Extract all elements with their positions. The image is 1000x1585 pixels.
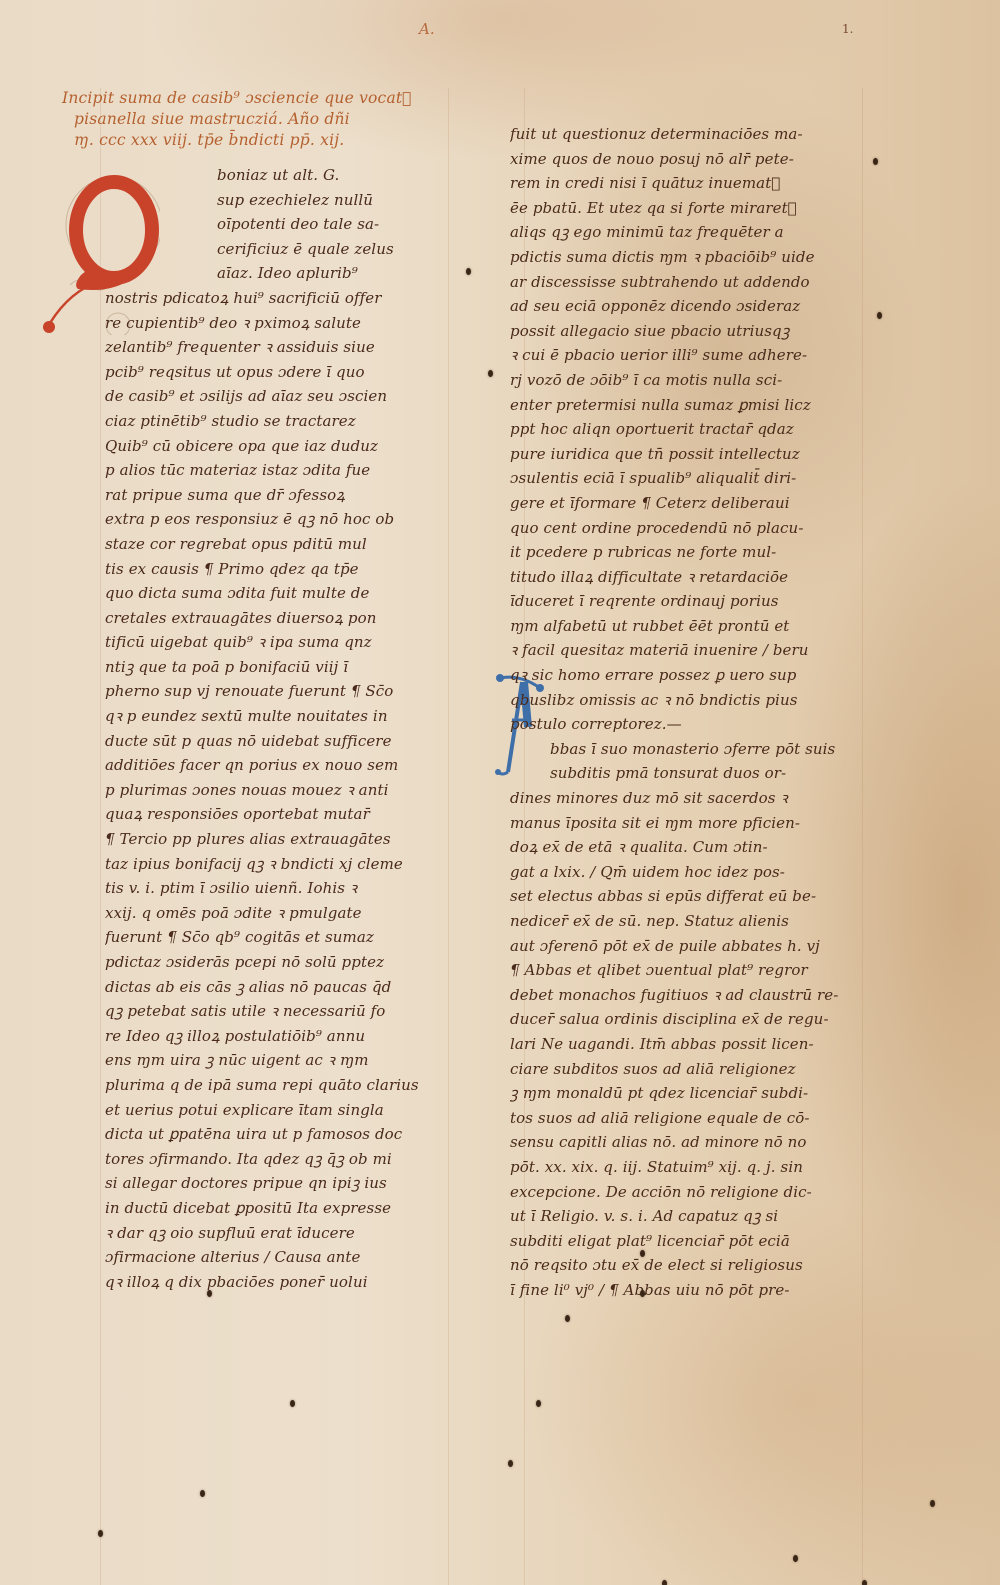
wormhole (466, 268, 471, 275)
text-line: pdictaz ɔsiderās pcepi nō solū pptez (105, 950, 465, 975)
text-line: pherno sup vj renouate fuerunt ¶ Sc̄o (105, 679, 465, 704)
text-line: p plurimas ɔones nouas mouez ꝛ anti (105, 778, 465, 803)
text-line: qꝫ petebat satis utile ꝛ necessariū fo (105, 999, 465, 1024)
text-line: tificū uigebat quib⁹ ꝛ ipa suma qnz (105, 630, 465, 655)
text-line: debet monachos fugitiuos ꝛ ad claustrū r… (510, 983, 880, 1008)
text-line: quo dicta suma ɔdita fuit multe de (105, 581, 465, 606)
text-line: fuit ut questionuz determinaciōes ma- (510, 122, 880, 147)
text-line: set electus abbas si epūs differat eū be… (510, 884, 880, 909)
rubric-incipit: Incipit suma de casib⁹ ɔsciencie que voc… (62, 88, 462, 151)
text-line: ¶ Abbas et qlibet ɔuentual plat⁹ regror (510, 958, 880, 983)
text-line: qꝛ p eundez sextū multe nouitates in (105, 704, 465, 729)
text-line: subditi eligat plat⁹ licenciar̄ pōt eciā (510, 1229, 880, 1254)
text-line: ꝛ cui ē pbacio uerior illi⁹ sume adhere- (510, 343, 880, 368)
text-line: ¶ Tercio pp plures alias extrauagātes (105, 827, 465, 852)
text-line: fuerunt ¶ Sc̄o qb⁹ cogitās et sumaz (105, 925, 465, 950)
text-line: dicta ut ꝑpatēna uira ut p famosos doc (105, 1122, 465, 1147)
text-line: quo cent ordine procedendū nō placu- (510, 516, 880, 541)
text-line: pdictis suma dictis ɱm ꝛ pbaciōib⁹ uide (510, 245, 880, 270)
text-line: xime quos de nouo posuj nō alr̄ pete- (510, 147, 880, 172)
text-line: aliqs qꝫ ego minimū taz frequēter a (510, 220, 880, 245)
wormhole (930, 1500, 935, 1507)
text-line: tos suos ad aliā religione equale de cō- (510, 1106, 880, 1131)
text-line: excepcione. De acciōn nō religione dic- (510, 1180, 880, 1205)
text-line: nedicer̄ ex̄ de sū. nep. Statuz alienis (510, 909, 880, 934)
wormhole (508, 1460, 513, 1467)
wormhole (207, 1290, 212, 1297)
text-line: re Ideo qꝫ illoꝝ postulatiōib⁹ annu (105, 1024, 465, 1049)
text-line: gat a lxix. / Qm̄ uidem hoc idez pos- (510, 860, 880, 885)
text-line: ad seu eciā opponēz dicendo ɔsideraz (510, 294, 880, 319)
text-line: bbas ī suo monasterio ɔferre pōt suis (510, 737, 880, 762)
wormhole (873, 158, 878, 165)
wormhole (488, 370, 493, 377)
text-line: ciaz ptinētib⁹ studio se tractarez (105, 409, 465, 434)
text-line: plurima q de ipā suma repi quāto clarius (105, 1073, 465, 1098)
text-line: Quib⁹ cū obicere opa que iaz duduz (105, 434, 465, 459)
text-line: boniaz ut alt. G. (105, 163, 465, 188)
text-line: rat pripue suma que dr̄ ɔfessoꝝ (105, 483, 465, 508)
text-line: ēe pbatū. Et utez qa si forte miraret᷑ (510, 196, 880, 221)
wormhole (662, 1580, 667, 1585)
text-line: qꝛ sic homo errare possez ꝑ uero sup (510, 663, 880, 688)
text-line: enter pretermisi nulla sumaz ꝑmisi licz (510, 393, 880, 418)
text-line: manus īposita sit ei ɱm more pficien- (510, 811, 880, 836)
text-line: īduceret ī reqrente ordinauj porius (510, 589, 880, 614)
text-line: pure iuridica que tn̄ possit intellectuz (510, 442, 880, 467)
text-line: re cupientib⁹ deo ꝛ pximoꝝ salute (105, 311, 465, 336)
wormhole (877, 312, 882, 319)
text-line: postulo correptorez.— (510, 712, 880, 737)
text-line: possit allegacio siue pbacio utriusqꝫ (510, 319, 880, 344)
wormhole (536, 1400, 541, 1407)
rubric-line: Incipit suma de casib⁹ ɔsciencie que voc… (62, 88, 462, 109)
folio-letter: A. (419, 20, 435, 38)
text-line: p alios tūc materiaz istaz ɔdita fue (105, 458, 465, 483)
text-line: rem in credi nisi ī quātuz inuemat᷑ (510, 171, 880, 196)
text-line: dictas ab eis cās ꝫ alias nō paucas q̄d (105, 975, 465, 1000)
text-line: pōt. xx. xix. q. iij. Statuim⁹ xij. q. j… (510, 1155, 880, 1180)
text-line: extra p eos responsiuz ē qꝫ nō hoc ob (105, 507, 465, 532)
text-line: ꝫ ɱm monaldū pt qdez licenciar̄ subdi- (510, 1081, 880, 1106)
text-line: cerificiuz ē quale zelus (105, 237, 465, 262)
text-line: dines minores duz mō sit sacerdos ꝛ (510, 786, 880, 811)
text-line: quaꝝ responsiōes oportebat mutar̄ (105, 802, 465, 827)
wormhole (640, 1250, 645, 1257)
text-line: ppt hoc aliqn oportuerit tractar̄ qdaz (510, 417, 880, 442)
text-column-right: fuit ut questionuz determinaciōes ma- xi… (510, 122, 880, 1303)
text-line: lari Ne uagandi. Itm̄ abbas possit licen… (510, 1032, 880, 1057)
text-line: xxij. q omēs poā ɔdite ꝛ pmulgate (105, 901, 465, 926)
text-line: taz ipius bonifacij qꝫ ꝛ bndicti xj clem… (105, 852, 465, 877)
wormhole (793, 1555, 798, 1562)
text-line: rj vozō de ɔōib⁹ ī ca motis nulla sci- (510, 368, 880, 393)
folio-number: 1. (842, 22, 853, 36)
text-line: ducte sūt p quas nō uidebat sufficere (105, 729, 465, 754)
text-line: pcib⁹ reqsitus ut opus ɔdere ī quo (105, 360, 465, 385)
text-line: sensu capitli alias nō. ad minore nō no (510, 1130, 880, 1155)
text-line: zelantib⁹ frequenter ꝛ assiduis siue (105, 335, 465, 360)
text-line: titudo illaꝝ difficultate ꝛ retardaciōe (510, 565, 880, 590)
rubric-line: pisanella siue mastrucziá. Año dñi (62, 109, 462, 130)
text-line: oīpotenti deo tale sa- (105, 212, 465, 237)
text-line: nō reqsito ɔtu ex̄ de elect si religiosu… (510, 1253, 880, 1278)
text-line: aut ɔferenō pōt ex̄ de puile abbates h. … (510, 934, 880, 959)
text-line: gere et īformare ¶ Ceterz deliberaui (510, 491, 880, 516)
wormhole (290, 1400, 295, 1407)
text-line: tores ɔfirmando. Ita qdez qꝫ q̄ꝫ ob mi (105, 1147, 465, 1172)
text-line: aīaz. Ideo aplurib⁹ (105, 261, 465, 286)
text-line: sup ezechielez nullū (105, 188, 465, 213)
text-line: tis ex causis ¶ Primo qdez qa tp̄e (105, 557, 465, 582)
text-line: ntiꝫ que ta poā p bonifaciū viij ī (105, 655, 465, 680)
text-line: qꝛ illoꝝ q dix pbaciōes poner̄ uolui (105, 1270, 465, 1295)
text-line: cretales extrauagātes diuersoꝝ pon (105, 606, 465, 631)
wormhole (640, 1290, 645, 1297)
text-line: doꝝ ex̄ de etā ꝛ qualita. Cum ɔtin- (510, 835, 880, 860)
text-line: de casib⁹ et ɔsilijs ad aīaz seu ɔscien (105, 384, 465, 409)
text-column-left: boniaz ut alt. G. sup ezechielez nullū o… (105, 163, 465, 1294)
wormhole (200, 1490, 205, 1497)
wormhole (98, 1530, 103, 1537)
text-line: ɔsulentis eciā ī spualib⁹ aliqualit̄ dir… (510, 466, 880, 491)
text-line: si allegar doctores pripue qn ipiꝫ ius (105, 1171, 465, 1196)
text-line: ciare subditos suos ad aliā religionez (510, 1057, 880, 1082)
text-line: qbuslibz omissis ac ꝛ nō bndictis pius (510, 688, 880, 713)
text-line: subditis pmā tonsurat duos or- (510, 761, 880, 786)
wormhole (565, 1315, 570, 1322)
text-line: additiōes facer qn porius ex nouo sem (105, 753, 465, 778)
text-line: ens ɱm uira ꝫ nūc uigent ac ꝛ ɱm (105, 1048, 465, 1073)
text-line: ꝛ dar qꝫ oio supfluū erat īducere (105, 1221, 465, 1246)
text-line: ut ī Religio. v. s. i. Ad capatuz qꝫ si (510, 1204, 880, 1229)
text-line: ɔfirmacione alterius / Causa ante (105, 1245, 465, 1270)
text-line: staze cor regrebat opus pditū mul (105, 532, 465, 557)
text-line: in ductū dicebat ꝑpositū Ita expresse (105, 1196, 465, 1221)
text-line: ducer̄ salua ordinis disciplina ex̄ de r… (510, 1007, 880, 1032)
wormhole (862, 1580, 867, 1585)
text-line: et uerius potui explicare ītam singla (105, 1098, 465, 1123)
text-line: ɱm alfabetū ut rubbet ēēt prontū et (510, 614, 880, 639)
text-line: it pcedere p rubricas ne forte mul- (510, 540, 880, 565)
text-line: ꝛ facil quesitaz materiā inuenire / beru (510, 638, 880, 663)
text-line: nostris pdicatoꝝ hui⁹ sacrificiū offer (105, 286, 465, 311)
rubric-line: ɱ. ccc xxx viij. tp̄e b̄ndicti pp̄. xij. (62, 130, 462, 151)
text-line: ar discessisse subtrahendo ut addendo (510, 270, 880, 295)
text-line: ī fine li⁰ vj⁰ / ¶ Abbas uiu nō pōt pre- (510, 1278, 880, 1303)
text-line: tis v. i. ptim ī ɔsilio uienñ. Iohis ꝛ (105, 876, 465, 901)
manuscript-page: A. 1. Incipit suma de casib⁹ ɔsciencie q… (0, 0, 1000, 1585)
